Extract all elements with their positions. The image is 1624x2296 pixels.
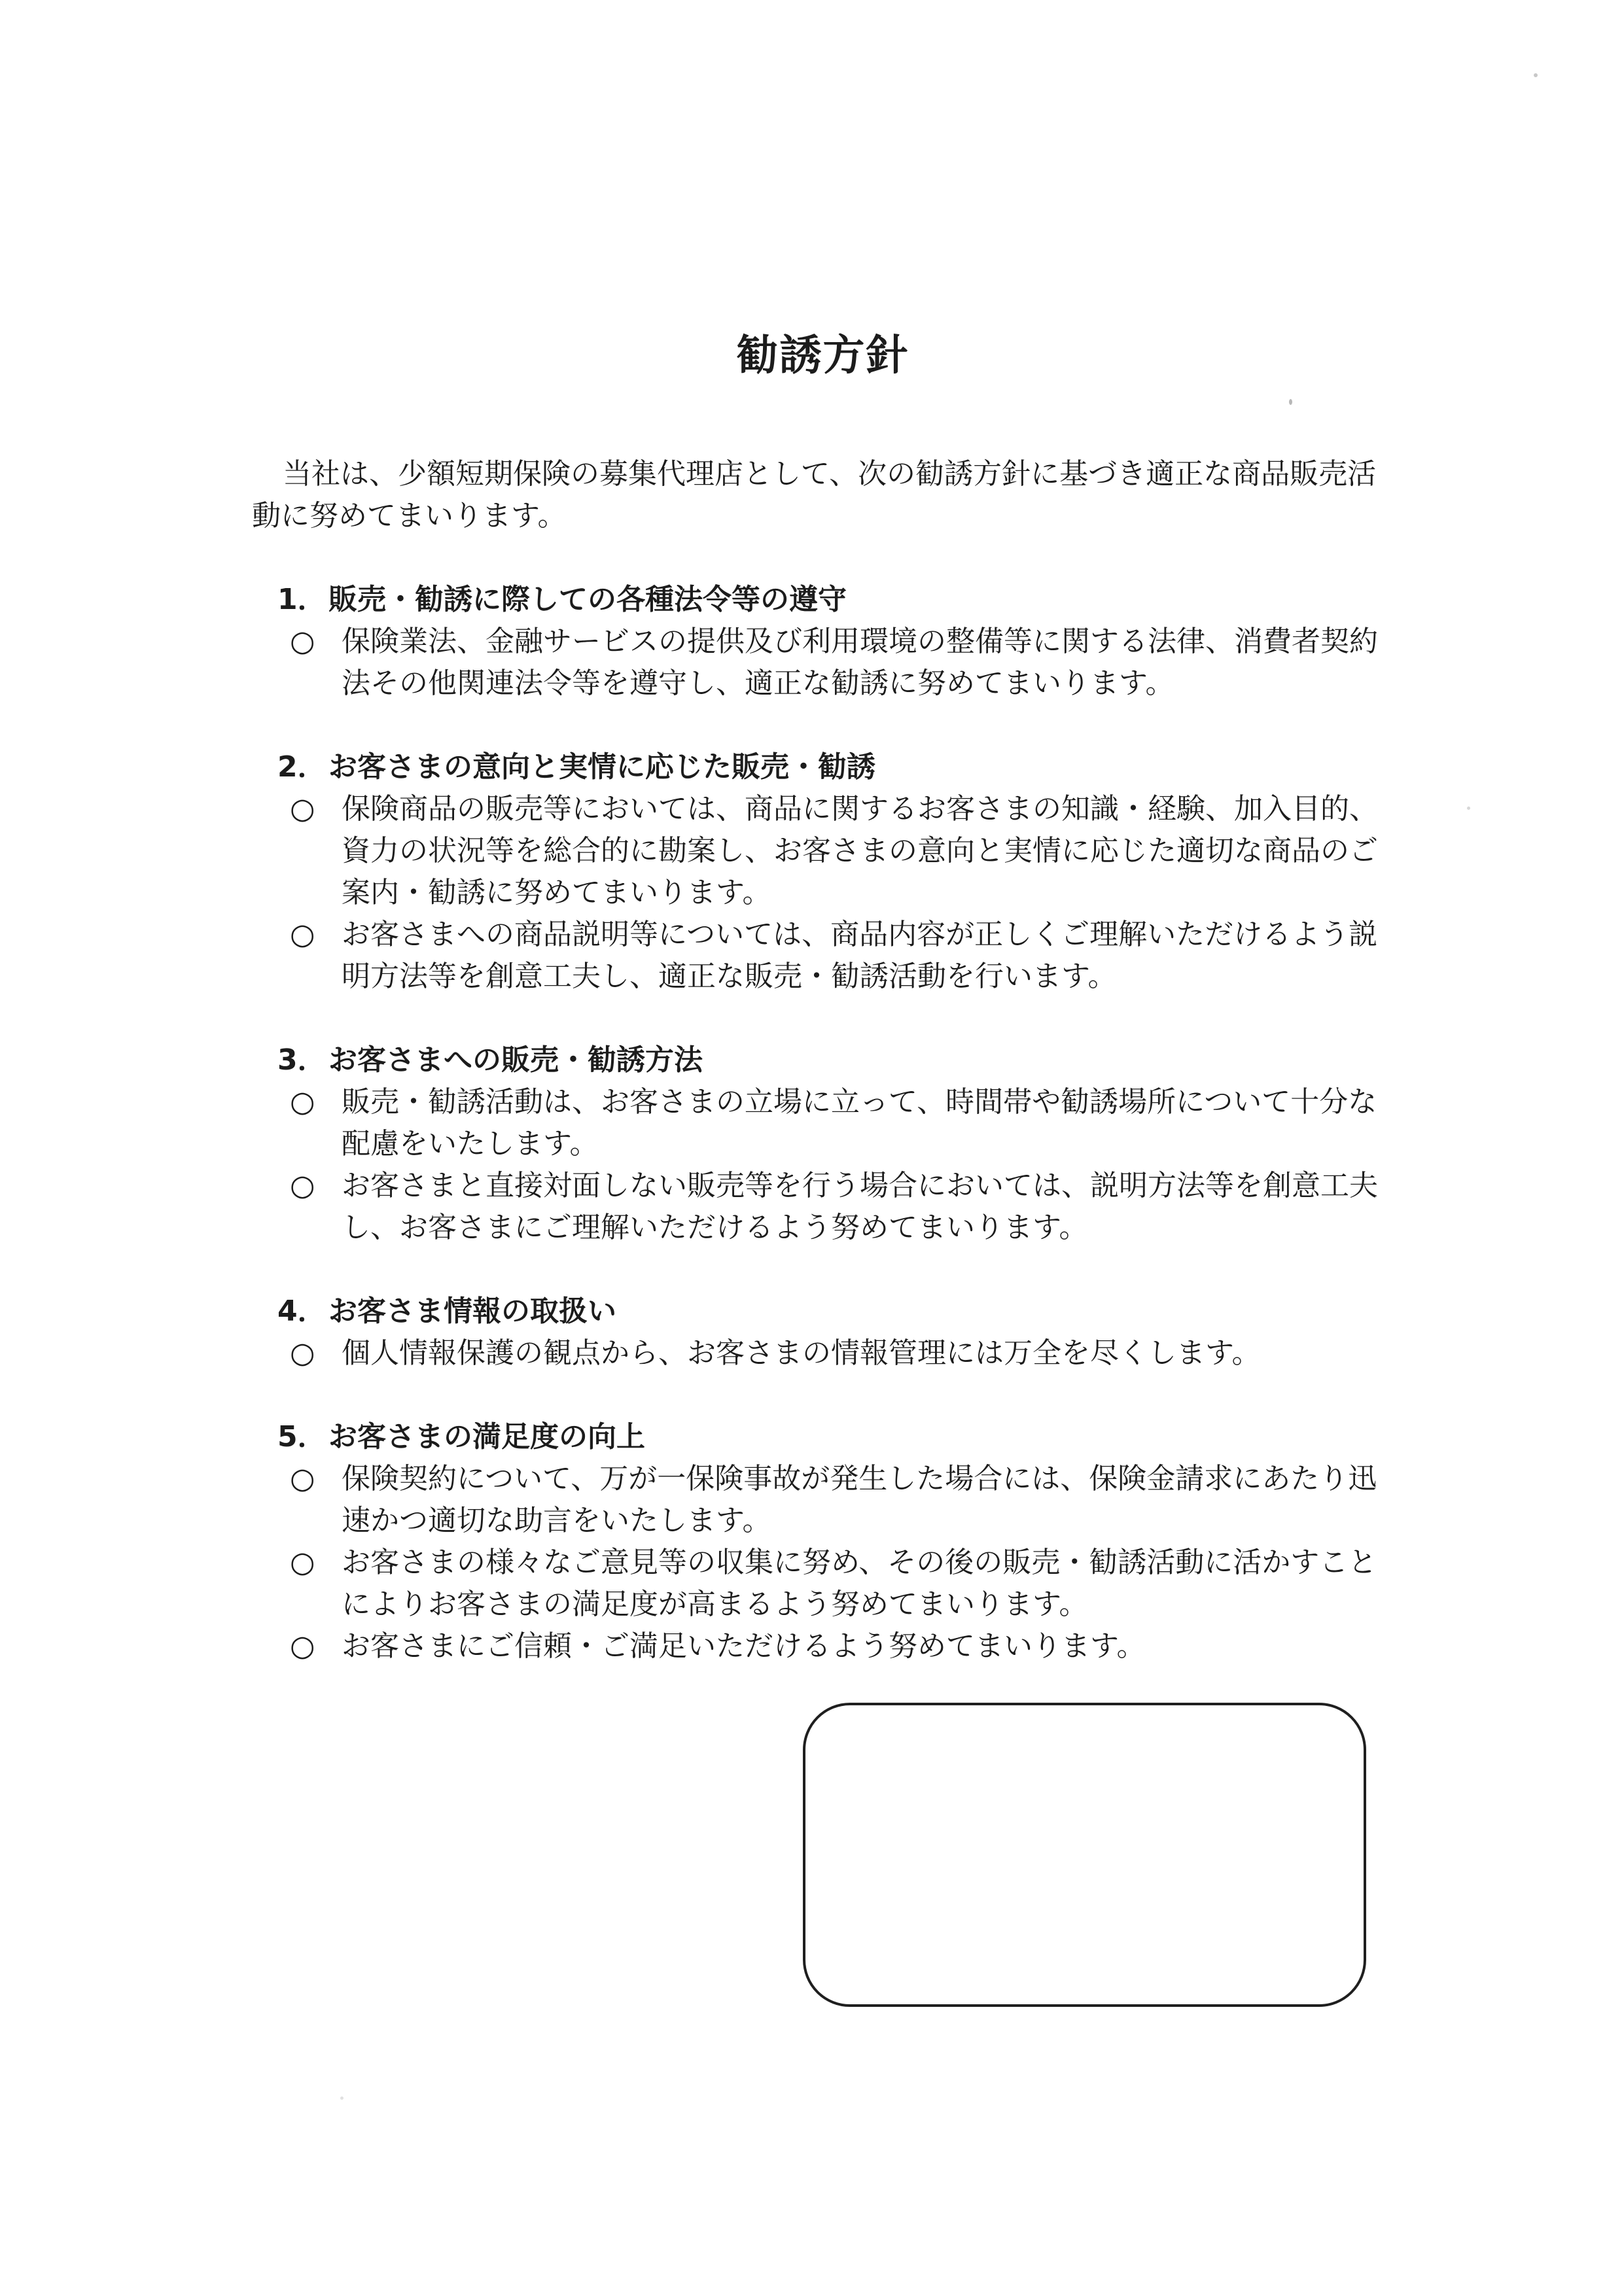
- sections-container: 1． 販売・勧誘に際しての各種法令等の遵守 ○ 保険業法、金融サービスの提供及び…: [252, 579, 1394, 1667]
- circle-bullet-icon: ○: [290, 1332, 342, 1374]
- circle-bullet-icon: ○: [290, 1081, 342, 1123]
- intro-paragraph: 当社は、少額短期保険の募集代理店として、次の勧誘方針に基づき適正な商品販売活動に…: [252, 453, 1394, 537]
- section-title: お客さまの意向と実情に応じた販売・勧誘: [328, 746, 1394, 788]
- section-items: ○ 個人情報保護の観点から、お客さまの情報管理には万全を尽くします。: [252, 1332, 1394, 1374]
- list-item: ○ お客さまの様々なご意見等の収集に努め、その後の販売・勧誘活動に活かすことによ…: [290, 1542, 1394, 1626]
- circle-bullet-icon: ○: [290, 788, 342, 830]
- list-item-text: お客さまにご信頼・ご満足いただけるよう努めてまいります。: [342, 1626, 1394, 1667]
- section-heading: 3． お客さまへの販売・勧誘方法: [277, 1039, 1394, 1081]
- section-number: 2．: [277, 746, 328, 788]
- list-item: ○ お客さまにご信頼・ご満足いただけるよう努めてまいります。: [290, 1626, 1394, 1667]
- policy-section: 5． お客さまの満足度の向上 ○ 保険契約について、万が一保険事故が発生した場合…: [252, 1416, 1394, 1667]
- section-heading: 5． お客さまの満足度の向上: [277, 1416, 1394, 1458]
- section-number: 1．: [277, 579, 328, 621]
- list-item-text: 販売・勧誘活動は、お客さまの立場に立って、時間帯や勧誘場所について十分な配慮をい…: [342, 1081, 1394, 1165]
- list-item-text: 個人情報保護の観点から、お客さまの情報管理には万全を尽くします。: [342, 1332, 1394, 1374]
- list-item-text: 保険商品の販売等においては、商品に関するお客さまの知識・経験、加入目的、資力の状…: [342, 788, 1394, 914]
- list-item-text: お客さまへの商品説明等については、商品内容が正しくご理解いただけるよう説明方法等…: [342, 914, 1394, 998]
- list-item: ○ 販売・勧誘活動は、お客さまの立場に立って、時間帯や勧誘場所について十分な配慮…: [290, 1081, 1394, 1165]
- section-title: お客さまへの販売・勧誘方法: [328, 1039, 1394, 1081]
- scanned-document-page: 勧誘方針 当社は、少額短期保険の募集代理店として、次の勧誘方針に基づき適正な商品…: [0, 0, 1624, 2296]
- section-number: 5．: [277, 1416, 328, 1458]
- circle-bullet-icon: ○: [290, 1542, 342, 1584]
- circle-bullet-icon: ○: [290, 914, 342, 956]
- list-item-text: お客さまの様々なご意見等の収集に努め、その後の販売・勧誘活動に活かすことによりお…: [342, 1542, 1394, 1626]
- scan-speck: [1289, 399, 1292, 405]
- policy-section: 2． お客さまの意向と実情に応じた販売・勧誘 ○ 保険商品の販売等においては、商…: [252, 746, 1394, 998]
- policy-section: 1． 販売・勧誘に際しての各種法令等の遵守 ○ 保険業法、金融サービスの提供及び…: [252, 579, 1394, 704]
- section-items: ○ 保険契約について、万が一保険事故が発生した場合には、保険金請求にあたり迅速か…: [252, 1458, 1394, 1667]
- stamp-box: [803, 1703, 1366, 2007]
- policy-section: 3． お客さまへの販売・勧誘方法 ○ 販売・勧誘活動は、お客さまの立場に立って、…: [252, 1039, 1394, 1249]
- section-heading: 2． お客さまの意向と実情に応じた販売・勧誘: [277, 746, 1394, 788]
- circle-bullet-icon: ○: [290, 621, 342, 663]
- scan-speck: [1534, 73, 1538, 77]
- list-item: ○ お客さまへの商品説明等については、商品内容が正しくご理解いただけるよう説明方…: [290, 914, 1394, 998]
- list-item: ○ お客さまと直接対面しない販売等を行う場合においては、説明方法等を創意工夫し、…: [290, 1165, 1394, 1249]
- section-title: お客さまの満足度の向上: [328, 1416, 1394, 1458]
- list-item: ○ 個人情報保護の観点から、お客さまの情報管理には万全を尽くします。: [290, 1332, 1394, 1374]
- section-items: ○ 販売・勧誘活動は、お客さまの立場に立って、時間帯や勧誘場所について十分な配慮…: [252, 1081, 1394, 1249]
- document-title: 勧誘方針: [252, 332, 1394, 379]
- list-item-text: 保険業法、金融サービスの提供及び利用環境の整備等に関する法律、消費者契約法その他…: [342, 621, 1394, 704]
- section-heading: 1． 販売・勧誘に際しての各種法令等の遵守: [277, 579, 1394, 621]
- list-item-text: お客さまと直接対面しない販売等を行う場合においては、説明方法等を創意工夫し、お客…: [342, 1165, 1394, 1249]
- policy-section: 4． お客さま情報の取扱い ○ 個人情報保護の観点から、お客さまの情報管理には万…: [252, 1291, 1394, 1374]
- section-title: お客さま情報の取扱い: [328, 1291, 1394, 1332]
- scan-speck: [1467, 807, 1470, 810]
- section-number: 4．: [277, 1291, 328, 1332]
- section-items: ○ 保険商品の販売等においては、商品に関するお客さまの知識・経験、加入目的、資力…: [252, 788, 1394, 998]
- list-item: ○ 保険契約について、万が一保険事故が発生した場合には、保険金請求にあたり迅速か…: [290, 1458, 1394, 1542]
- section-items: ○ 保険業法、金融サービスの提供及び利用環境の整備等に関する法律、消費者契約法そ…: [252, 621, 1394, 704]
- list-item-text: 保険契約について、万が一保険事故が発生した場合には、保険金請求にあたり迅速かつ適…: [342, 1458, 1394, 1542]
- list-item: ○ 保険商品の販売等においては、商品に関するお客さまの知識・経験、加入目的、資力…: [290, 788, 1394, 914]
- section-title: 販売・勧誘に際しての各種法令等の遵守: [328, 579, 1394, 621]
- list-item: ○ 保険業法、金融サービスの提供及び利用環境の整備等に関する法律、消費者契約法そ…: [290, 621, 1394, 704]
- section-heading: 4． お客さま情報の取扱い: [277, 1291, 1394, 1332]
- circle-bullet-icon: ○: [290, 1626, 342, 1667]
- section-number: 3．: [277, 1039, 328, 1081]
- scan-speck: [340, 2096, 344, 2100]
- document-content: 勧誘方針 当社は、少額短期保険の募集代理店として、次の勧誘方針に基づき適正な商品…: [0, 332, 1624, 1667]
- circle-bullet-icon: ○: [290, 1165, 342, 1207]
- circle-bullet-icon: ○: [290, 1458, 342, 1500]
